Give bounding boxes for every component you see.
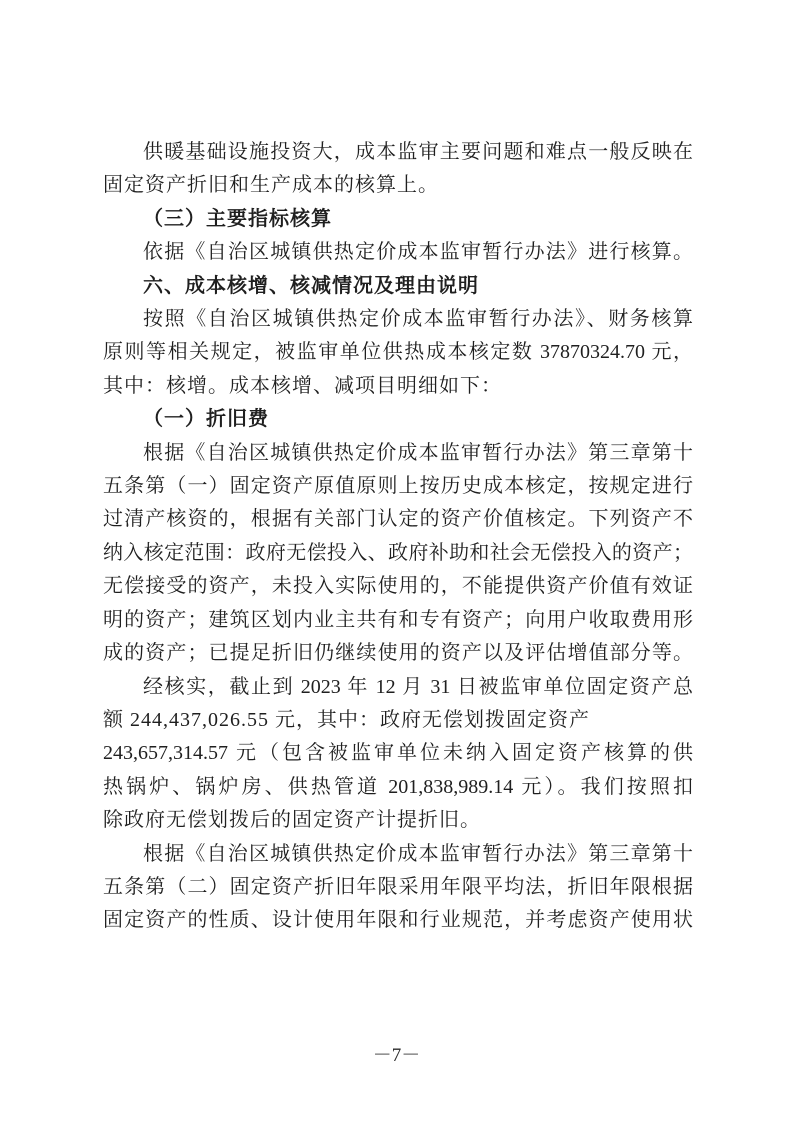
heading-line: （三）主要指标核算 bbox=[103, 203, 693, 236]
text-line: 其中：核增。成本核增、减项目明细如下： bbox=[103, 370, 693, 403]
text-line: 除政府无偿划拨后的固定资产计提折旧。 bbox=[103, 804, 693, 837]
text-line: 依据《自治区城镇供热定价成本监审暂行办法》进行核算。 bbox=[103, 236, 693, 269]
document-body: 供暖基础设施投资大，成本监审主要问题和难点一般反映在固定资产折旧和生产成本的核算… bbox=[103, 136, 693, 938]
text-line: 热锅炉、锅炉房、供热管道 201,838,989.14 元）。我们按照扣 bbox=[103, 771, 693, 804]
document-page: 供暖基础设施投资大，成本监审主要问题和难点一般反映在固定资产折旧和生产成本的核算… bbox=[0, 0, 793, 1122]
text-line: 五条第（二）固定资产折旧年限采用年限平均法，折旧年限根据 bbox=[103, 871, 693, 904]
text-line: 五条第（一）固定资产原值原则上按历史成本核定，按规定进行 bbox=[103, 470, 693, 503]
text-line: 原则等相关规定，被监审单位供热成本核定数 37870324.70 元， bbox=[103, 336, 693, 369]
heading-line: （一）折旧费 bbox=[103, 403, 693, 436]
page-number: －7－ bbox=[0, 1040, 793, 1067]
text-line: 243,657,314.57 元（包含被监审单位未纳入固定资产核算的供 bbox=[103, 737, 693, 770]
text-line: 过清产核资的，根据有关部门认定的资产价值核定。下列资产不 bbox=[103, 503, 693, 536]
text-line: 根据《自治区城镇供热定价成本监审暂行办法》第三章第十 bbox=[103, 437, 693, 470]
text-line: 供暖基础设施投资大，成本监审主要问题和难点一般反映在 bbox=[103, 136, 693, 169]
text-line: 按照《自治区城镇供热定价成本监审暂行办法》、财务核算 bbox=[103, 303, 693, 336]
text-line: 固定资产折旧和生产成本的核算上。 bbox=[103, 169, 693, 202]
text-line: 纳入核定范围：政府无偿投入、政府补助和社会无偿投入的资产； bbox=[103, 537, 693, 570]
text-line: 经核实，截止到 2023 年 12 月 31 日被监审单位固定资产总 bbox=[103, 671, 693, 704]
text-line: 固定资产的性质、设计使用年限和行业规范，并考虑资产使用状 bbox=[103, 904, 693, 937]
text-line: 无偿接受的资产，未投入实际使用的，不能提供资产价值有效证 bbox=[103, 570, 693, 603]
text-line: 成的资产；已提足折旧仍继续使用的资产以及评估增值部分等。 bbox=[103, 637, 693, 670]
heading-line: 六、成本核增、核减情况及理由说明 bbox=[103, 270, 693, 303]
text-line: 明的资产；建筑区划内业主共有和专有资产；向用户收取费用形 bbox=[103, 604, 693, 637]
text-line: 额 244,437,026.55 元，其中：政府无偿划拨固定资产 bbox=[103, 704, 693, 737]
text-line: 根据《自治区城镇供热定价成本监审暂行办法》第三章第十 bbox=[103, 838, 693, 871]
